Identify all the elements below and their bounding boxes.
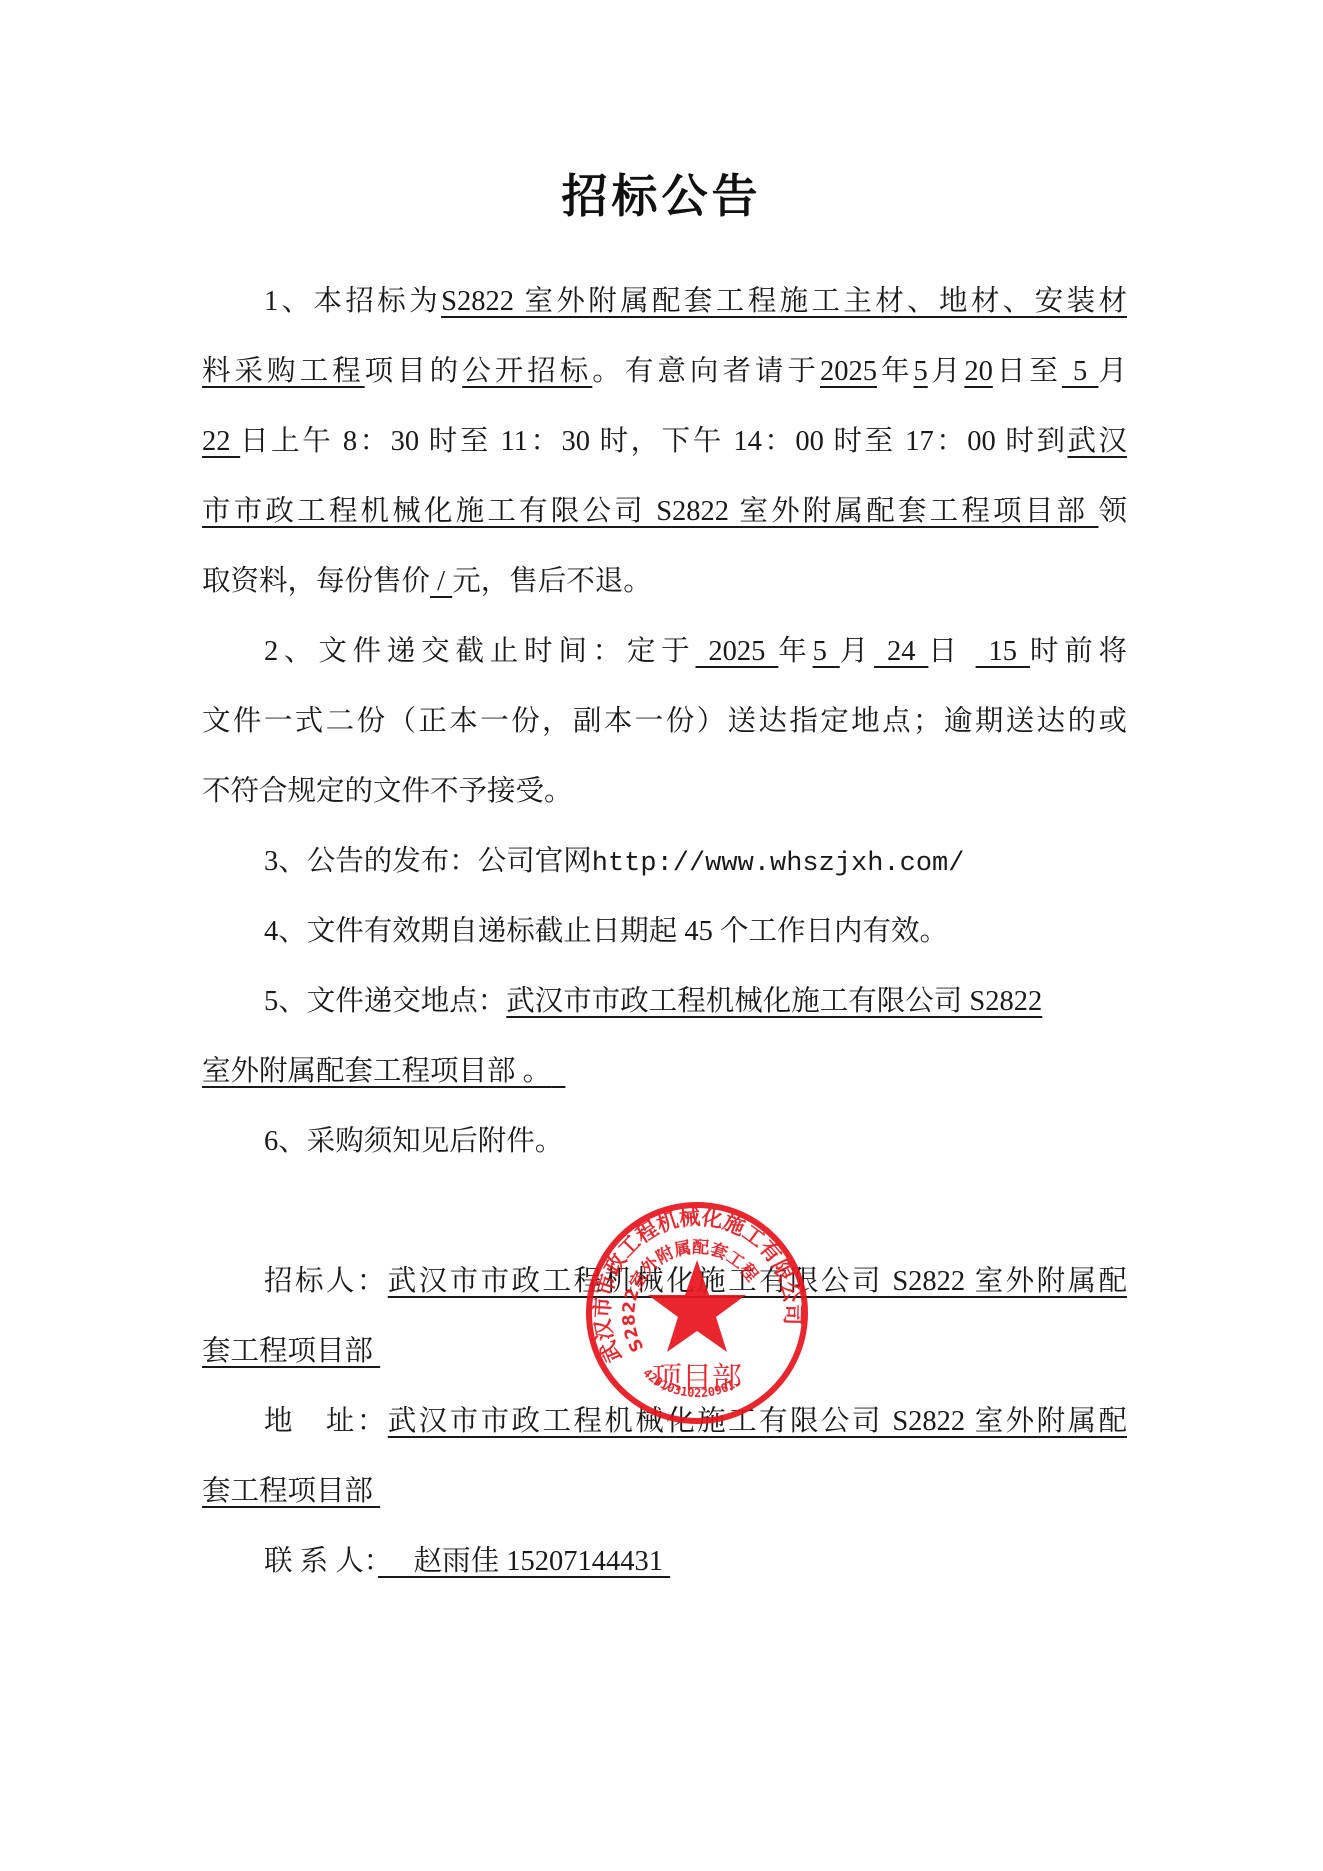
address-value-cont: 套工程项目部: [202, 1476, 380, 1507]
tender-type: 公开招标: [462, 356, 592, 387]
tenderer-line-1: 招标人：武汉市市政工程机械化施工有限公司 S2822 室外附属配: [202, 1262, 1127, 1302]
address-line-2: 套工程项目部: [202, 1472, 1127, 1512]
text: 时前将: [1030, 636, 1127, 667]
text: 日: [928, 636, 975, 667]
text: 项目的: [365, 356, 463, 387]
item-2-line-2: 文件一式二份（正本一份，副本一份）送达指定地点；逾期送达的或: [202, 702, 1127, 742]
location-cont: 市市政工程机械化施工有限公司 S2822 室外附属配套工程项目部: [202, 496, 1098, 527]
company-seal-stamp: 武汉市市政工程机械化施工有限公司 S2822室外附属配套工程 项目部 42010…: [582, 1198, 812, 1428]
item-4: 4、文件有效期自递标截止日期起 45 个工作日内有效。: [202, 912, 1127, 952]
page-title: 招标公告: [0, 160, 1323, 226]
text: 日至: [993, 356, 1062, 387]
text: 取资料，每份售价: [202, 566, 430, 597]
project-name-cont: 料采购工程: [202, 356, 365, 387]
deadline-day: 24: [874, 636, 928, 667]
deadline-hour: 15: [976, 636, 1030, 667]
price: /: [430, 566, 452, 597]
item-1-line-5: 取资料，每份售价 / 元，售后不退。: [202, 562, 1127, 602]
contact-label: 联 系 人：: [264, 1546, 378, 1577]
item-1-line-2: 料采购工程项目的公开招标。有意向者请于2025年5月20日至 5 月: [202, 352, 1127, 392]
text: 月: [1098, 356, 1127, 387]
tenderer-line-2: 套工程项目部: [202, 1332, 1127, 1372]
text: 3、公告的发布：公司官网: [264, 846, 592, 877]
start-day: 20: [964, 356, 993, 387]
start-year: 2025: [820, 356, 877, 387]
address-line-1: 地 址：武汉市市政工程机械化施工有限公司 S2822 室外附属配: [202, 1402, 1127, 1442]
contact-line: 联 系 人： 赵雨佳 15207144431: [202, 1542, 1127, 1582]
address-value: 武汉市市政工程机械化施工有限公司 S2822 室外附属配: [388, 1406, 1127, 1437]
start-month: 5: [914, 356, 928, 387]
end-day: 22: [202, 426, 240, 457]
tenderer-label: 招标人：: [264, 1266, 388, 1297]
text: 1、本招标为: [264, 286, 441, 317]
deadline-month: 5: [813, 636, 840, 667]
text: 2、文件递交截止时间：定于: [264, 636, 695, 667]
text: 月: [840, 636, 874, 667]
item-1-line-4: 市市政工程机械化施工有限公司 S2822 室外附属配套工程项目部 领: [202, 492, 1127, 532]
text: 领: [1098, 496, 1127, 527]
text: 年: [778, 636, 812, 667]
item-1-line-1: 1、本招标为S2822 室外附属配套工程施工主材、地材、安装材: [202, 282, 1127, 322]
tenderer-value: 武汉市市政工程机械化施工有限公司 S2822 室外附属配: [388, 1266, 1127, 1297]
item-5-line-2: 室外附属配套工程项目部 。: [202, 1052, 1127, 1092]
project-name: S2822 室外附属配套工程施工主材、地材、安装材: [441, 286, 1127, 317]
deadline-year: 2025: [695, 636, 778, 667]
item-1-line-3: 22 日上午 8：30 时至 11：30 时，下午 14：00 时至 17：00…: [202, 422, 1127, 462]
end-month: 5: [1062, 356, 1099, 387]
text: 日上午 8：30 时至 11：30 时，下午 14：00 时至 17：00 时到: [240, 426, 1067, 457]
location: 武汉: [1067, 426, 1127, 457]
website-url[interactable]: http://www.whszjxh.com/: [592, 849, 965, 879]
item-2-line-3: 不符合规定的文件不予接受。: [202, 772, 1127, 812]
submission-location: 武汉市市政工程机械化施工有限公司 S2822: [506, 986, 1042, 1017]
tenderer-value-cont: 套工程项目部: [202, 1336, 380, 1367]
item-2-line-1: 2、文件递交截止时间：定于 2025 年5 月 24 日 15 时前将: [202, 632, 1127, 672]
contact-value: 赵雨佳 15207144431: [378, 1546, 670, 1577]
document-page: 招标公告 1、本招标为S2822 室外附属配套工程施工主材、地材、安装材 料采购…: [0, 0, 1323, 1871]
address-label: 地 址：: [264, 1406, 388, 1437]
item-3: 3、公告的发布：公司官网http://www.whszjxh.com/: [202, 842, 1127, 882]
text: 元，售后不退。: [452, 566, 652, 597]
item-5-line-1: 5、文件递交地点：武汉市市政工程机械化施工有限公司 S2822: [202, 982, 1127, 1022]
text: 5、文件递交地点：: [264, 986, 506, 1017]
text: 月: [928, 356, 965, 387]
submission-location-cont: 室外附属配套工程项目部 。: [202, 1056, 551, 1087]
item-6: 6、采购须知见后附件。: [202, 1122, 1127, 1162]
text: 。有意向者请于: [592, 356, 820, 387]
text: 年: [877, 356, 914, 387]
